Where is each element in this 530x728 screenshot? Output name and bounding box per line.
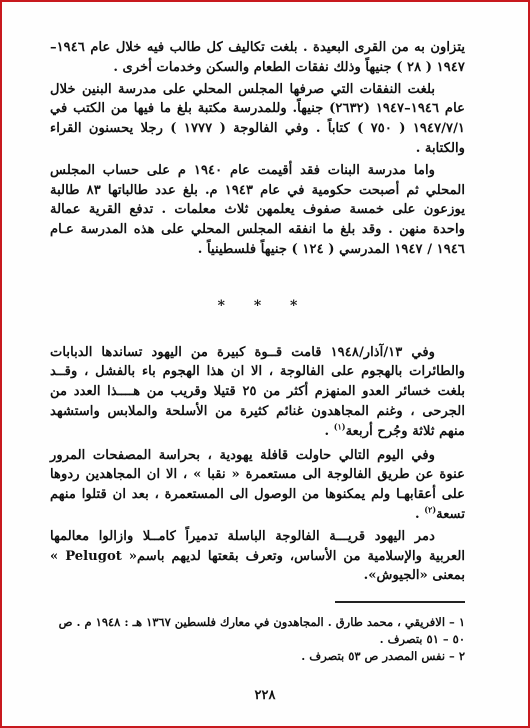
paragraph-destruction: دمر اليهود قريـــة الفالوجة الباسلة تدمي…	[50, 527, 465, 586]
page-body: يتزاون به من القرى البعيدة . بلغت تكاليف…	[50, 38, 465, 586]
footnote-separator	[335, 601, 465, 603]
paragraph-text: وفي اليوم التالي حاولت قافلة يهودية ، بح…	[50, 448, 465, 522]
footnote-2: ٢ – نفس المصدر ص ٥٣ بتصرف .	[50, 648, 465, 665]
page-number: ٢٢٨	[0, 688, 530, 703]
paragraph-convoy: وفي اليوم التالي حاولت قافلة يهودية ، بح…	[50, 446, 465, 525]
footnotes: ١ – الافريقي ، محمد طارق . المجاهدون في …	[50, 614, 465, 665]
paragraph-boys-school: بلغت النفقات التي صرفها المجلس المحلي عل…	[50, 80, 465, 159]
footnote-ref-1[interactable]: (١)	[334, 421, 346, 431]
paragraph-student-costs: يتزاون به من القرى البعيدة . بلغت تكاليف…	[50, 38, 465, 78]
paragraph-text: وفي ١٣/آذار/١٩٤٨ قامت قــوة كبيرة من الي…	[50, 345, 465, 439]
paragraph-girls-school: واما مدرسة البنات فقد أقيمت عام ١٩٤٠ م ع…	[50, 161, 465, 260]
section-divider: * * *	[50, 297, 465, 317]
paragraph-tail: .	[415, 507, 424, 522]
footnote-1: ١ – الافريقي ، محمد طارق . المجاهدون في …	[50, 614, 465, 648]
footnote-ref-2[interactable]: (٢)	[424, 505, 436, 515]
paragraph-attack: وفي ١٣/آذار/١٩٤٨ قامت قــوة كبيرة من الي…	[50, 343, 465, 442]
paragraph-tail: .	[325, 424, 334, 439]
